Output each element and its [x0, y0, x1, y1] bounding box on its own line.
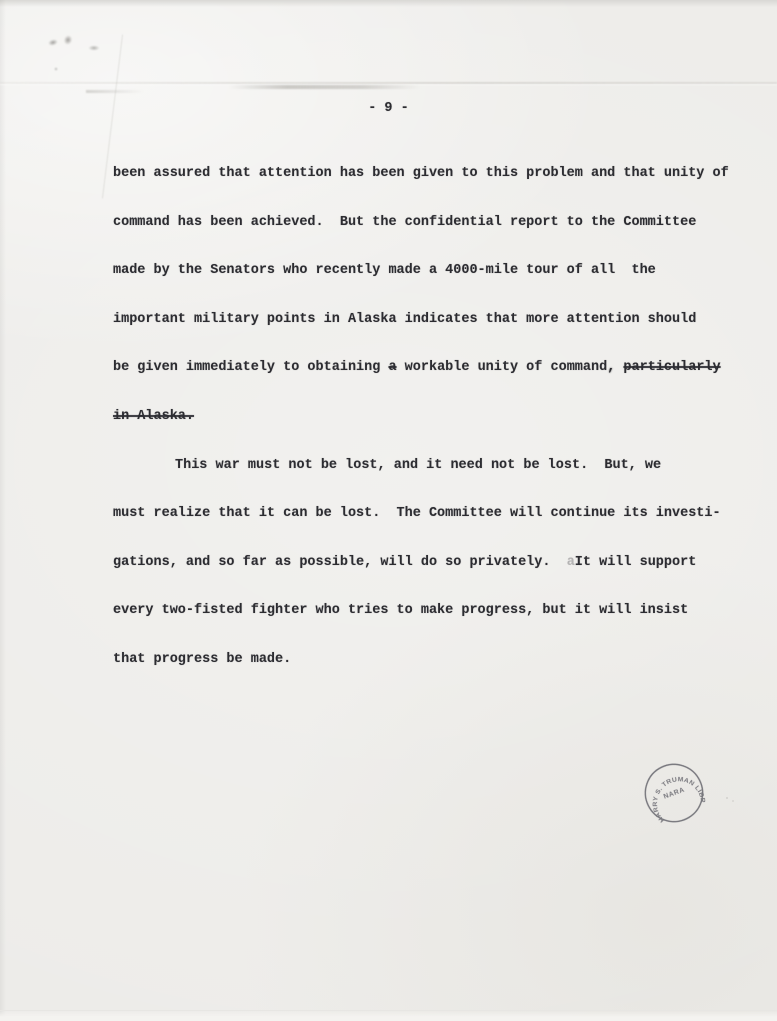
typed-line: that progress be made. — [113, 652, 753, 701]
stamp-center-text: NARA — [663, 787, 686, 801]
smudge-mark — [60, 31, 76, 48]
scan-edge-bottom — [0, 1010, 777, 1021]
truman-library-stamp: HARRY S. TRUMAN LIBRARY NARA — [630, 749, 718, 837]
smear-streak — [86, 90, 144, 93]
typed-line: made by the Senators who recently made a… — [113, 263, 753, 312]
typed-text: gations, and so far as possible, will do… — [113, 555, 567, 570]
scan-edge-left — [0, 0, 6, 1021]
typed-line: been assured that attention has been giv… — [113, 166, 753, 215]
pencil-dots-mark — [724, 795, 738, 805]
smudge-mark — [45, 36, 61, 48]
smear-streak — [230, 85, 420, 89]
typed-text-body: been assured that attention has been giv… — [113, 166, 753, 701]
typed-line: gations, and so far as possible, will do… — [113, 555, 753, 604]
typed-text: been assured that attention has been giv… — [113, 166, 729, 181]
typed-text: that progress be made. — [113, 652, 291, 667]
typed-text: every two-fisted fighter who tries to ma… — [113, 603, 688, 618]
smudge-mark — [86, 44, 102, 52]
typed-line: This war must not be lost, and it need n… — [113, 458, 753, 507]
scan-edge-top — [0, 0, 777, 7]
strikethrough-text: a — [388, 360, 396, 375]
smudge-mark — [53, 66, 59, 72]
document-page: - 9 - been assured that attention has be… — [0, 0, 777, 1021]
typed-text: be given immediately to obtaining — [113, 360, 388, 375]
typed-line: important military points in Alaska indi… — [113, 312, 753, 361]
typed-line: be given immediately to obtaining a work… — [113, 360, 753, 409]
typed-text: workable unity of command — [397, 360, 608, 375]
typed-text: must realize that it can be lost. The Co… — [113, 506, 721, 521]
typed-line: every two-fisted fighter who tries to ma… — [113, 603, 753, 652]
strikethrough-text: in Alaska. — [113, 409, 194, 424]
stamp-graphic: HARRY S. TRUMAN LIBRARY NARA — [630, 749, 718, 837]
typed-text: made by the Senators who recently made a… — [113, 263, 656, 278]
stamp-ring-text: HARRY S. TRUMAN LIBRARY — [630, 749, 709, 829]
typed-line: must realize that it can be lost. The Co… — [113, 506, 753, 555]
typed-text: It will support — [575, 555, 697, 570]
typed-line: in Alaska. — [113, 409, 753, 458]
page-number: - 9 - — [0, 101, 777, 116]
strikethrough-text: particularly — [623, 360, 720, 375]
typed-text: command has been achieved. But the confi… — [113, 215, 696, 230]
typed-line: command has been achieved. But the confi… — [113, 215, 753, 264]
typed-text: This war must not be lost, and it need n… — [175, 458, 661, 473]
typed-text: important military points in Alaska indi… — [113, 312, 696, 327]
erased-text: a — [567, 555, 575, 570]
